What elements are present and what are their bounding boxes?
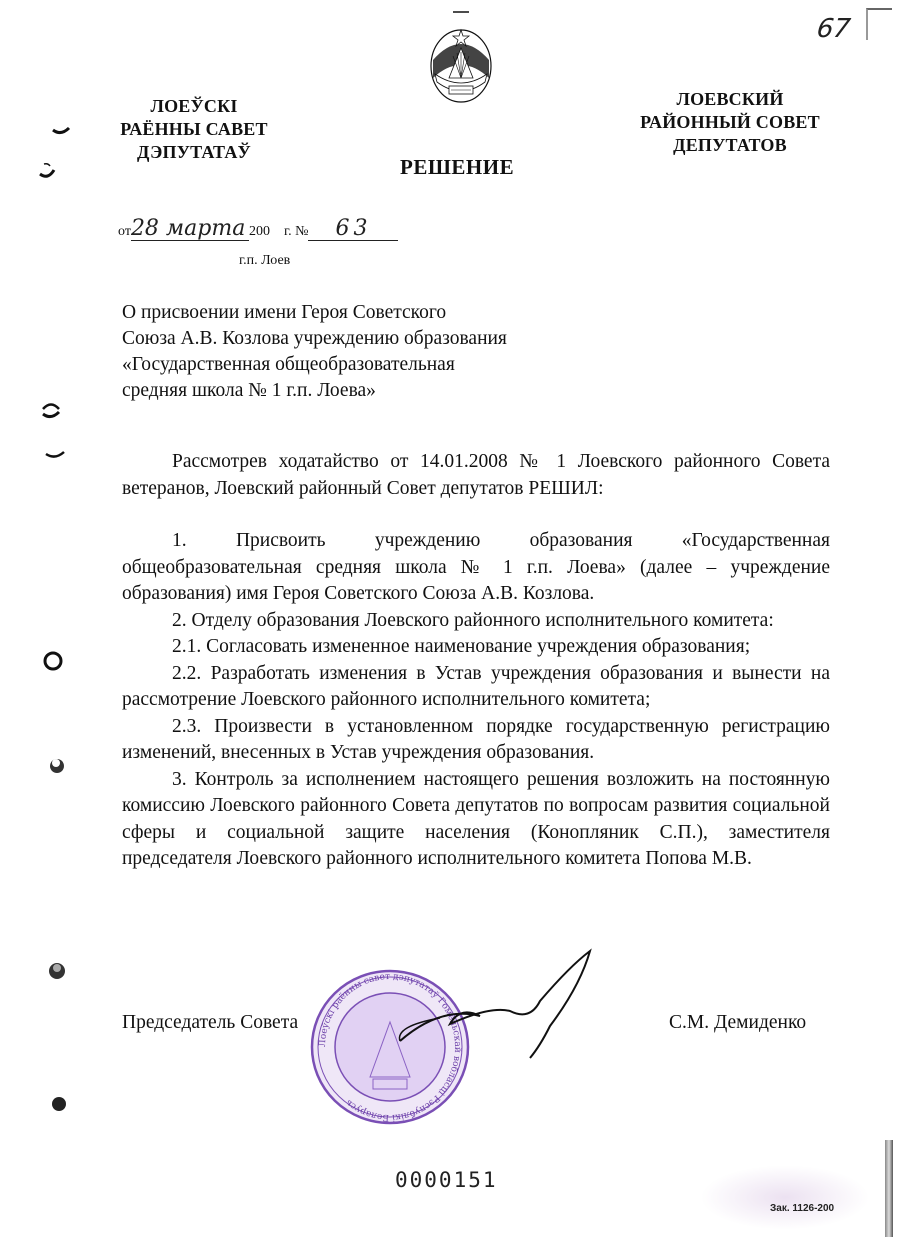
header-right-line-1: ЛОЕВСКИЙ	[610, 88, 850, 111]
preamble: Рассмотрев ходатайство от 14.01.2008 № 1…	[122, 449, 830, 502]
year-printed: 200	[249, 224, 270, 239]
header-right-line-3: ДЕПУТАТОВ	[610, 134, 850, 157]
decision-item-2-3: 2.3. Произвести в установленном порядке …	[122, 714, 830, 767]
subject-line: О присвоении имени Героя Советского	[122, 300, 582, 326]
scan-corner-mark	[866, 8, 892, 40]
punch-hole-icon	[44, 442, 66, 464]
decision-item-2-1: 2.1. Согласовать измененное наименование…	[122, 634, 830, 661]
header-right-line-2: РАЙОННЫЙ СОВЕТ	[610, 111, 850, 134]
decision-item-3: 3. Контроль за исполнением настоящего ре…	[122, 767, 830, 873]
punch-hole-icon	[42, 650, 64, 672]
state-emblem-icon	[421, 8, 501, 106]
decision-item-2: 2. Отделу образования Лоевского районног…	[122, 608, 830, 635]
header-left-line-3: ДЭПУТАТАЎ	[104, 141, 284, 164]
header-left-line-2: РАЁННЫ САВЕТ	[104, 118, 284, 141]
punch-hole-icon	[46, 960, 68, 982]
date-prefix: от	[118, 224, 131, 239]
header-russian: ЛОЕВСКИЙ РАЙОННЫЙ СОВЕТ ДЕПУТАТОВ	[610, 88, 850, 157]
subject-line: Союза А.В. Козлова учреждению образовани…	[122, 326, 582, 352]
punch-hole-icon	[36, 160, 58, 182]
punch-hole-icon	[40, 400, 62, 422]
scan-edge	[885, 1140, 893, 1237]
handwritten-number: 63	[308, 218, 398, 241]
decision-item-1: 1. Присвоить учреждению образования «Гос…	[122, 528, 830, 608]
date-number-line: от28 марта200 г. №63	[118, 218, 398, 241]
subject-line: «Государственная общеобразовательная	[122, 352, 582, 378]
decision-item-2-2: 2.2. Разработать изменения в Устав учреж…	[122, 661, 830, 714]
decision-body: Рассмотрев ходатайство от 14.01.2008 № 1…	[122, 449, 830, 873]
document-title: РЕШЕНИЕ	[400, 155, 514, 180]
handwritten-page-number: 67	[815, 14, 852, 44]
header-left-line-1: ЛОЕЎСКІ	[104, 95, 284, 118]
place-of-issue: г.п. Лоев	[239, 253, 290, 269]
ink-smudge	[700, 1165, 870, 1230]
punch-hole-icon	[48, 1093, 70, 1115]
form-serial-number: 0000151	[395, 1168, 498, 1192]
subject-line: средняя школа № 1 г.п. Лоева»	[122, 378, 582, 404]
header-belarusian: ЛОЕЎСКІ РАЁННЫ САВЕТ ДЭПУТАТАЎ	[104, 95, 284, 164]
signatory-name: С.М. Демиденко	[669, 1012, 806, 1034]
handwritten-date: 28 марта	[131, 218, 249, 241]
handwritten-signature-icon	[380, 946, 620, 1066]
year-suffix-number-label: г. №	[284, 224, 309, 239]
punch-hole-icon	[46, 755, 68, 777]
punch-hole-icon	[50, 120, 72, 142]
decision-subject: О присвоении имени Героя Советского Союз…	[122, 300, 582, 404]
print-order-number: Зак. 1126-200	[770, 1203, 834, 1214]
signatory-title: Председатель Совета	[122, 1012, 298, 1034]
